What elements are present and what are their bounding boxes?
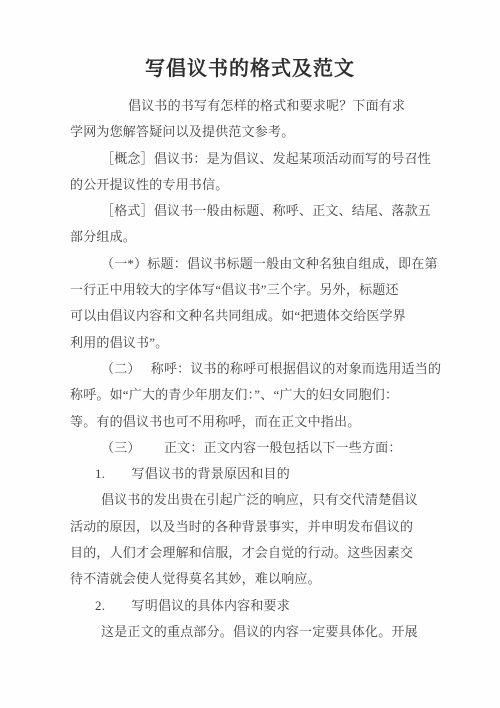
text-line: 的公开提议性的专用书信。: [70, 172, 480, 198]
document-body: 倡议书的书写有怎样的格式和要求呢？下面有求学网为您解答疑问以及提供范文参考。［概…: [0, 93, 500, 645]
page-title: 写倡议书的格式及范文: [0, 0, 500, 83]
text-line: 等。有的倡议书也可不用称呼，而在正文中指出。: [70, 409, 480, 435]
text-line: 倡议书的发出贵在引起广泛的响应，只有交代清楚倡议: [70, 487, 480, 513]
text-line: 可以由倡议内容和文种名共同组成。如“把遗体交给医学界: [70, 303, 480, 329]
text-line: （三） 正文：正文内容一般包括以下一些方面：: [70, 435, 480, 461]
text-line: 1. 写倡议书的背景原因和目的: [70, 461, 480, 487]
text-line: 倡议书的书写有怎样的格式和要求呢？下面有求: [70, 93, 480, 119]
text-line: ［概念］倡议书：是为倡议、发起某项活动而写的号召性: [70, 146, 480, 172]
text-line: 利用的倡议书”。: [70, 330, 480, 356]
text-line: 学网为您解答疑问以及提供范文参考。: [70, 119, 480, 145]
text-line: 一行正中用较大的字体写“倡议书”三个字。另外，标题还: [70, 277, 480, 303]
text-line: 2. 写明倡议的具体内容和要求: [70, 593, 480, 619]
text-line: ［格式］倡议书一般由标题、称呼、正文、结尾、落款五: [70, 198, 480, 224]
text-line: 活动的原因，以及当时的各种背景事实，并申明发布倡议的: [70, 514, 480, 540]
text-line: 称呼。如“广大的青少年朋友们：”、“广大的妇女同胞们：: [70, 382, 480, 408]
text-line: 这是正文的重点部分。倡议的内容一定要具体化。开展: [70, 619, 480, 645]
text-line: （一*）标题：倡议书标题一般由文种名独自组成，即在第: [70, 251, 480, 277]
text-line: 待不清就会使人觉得莫名其妙，难以响应。: [70, 566, 480, 592]
text-line: 目的，人们才会理解和信服，才会自觉的行动。这些因素交: [70, 540, 480, 566]
text-line: （二） 称呼：议书的称呼可根据倡议的对象而选用适当的: [70, 356, 480, 382]
text-line: 部分组成。: [70, 224, 480, 250]
document-page: 写倡议书的格式及范文 倡议书的书写有怎样的格式和要求呢？下面有求学网为您解答疑问…: [0, 0, 500, 708]
